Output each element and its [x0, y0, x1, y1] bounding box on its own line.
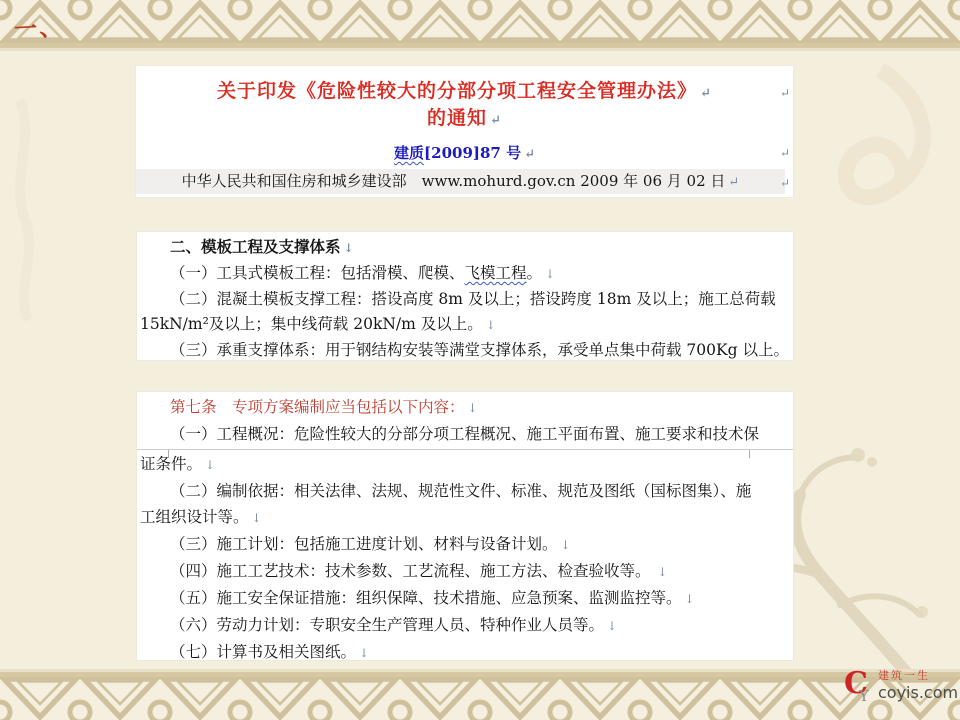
line-break-mark-icon: ↓	[545, 267, 555, 281]
line-break-mark-icon: ↓	[685, 592, 695, 606]
paragraph-mark-icon: ↵	[524, 147, 535, 162]
text-run: 证条件。	[140, 455, 202, 473]
ministry-bar-text: 中华人民共和国住房和城乡建设部 www.mohurd.gov.cn 2009 年…	[182, 172, 726, 190]
text-line: （一）工具式模板工程：包括滑模、爬模、飞模工程。↓	[140, 261, 790, 287]
page-boundary-seam	[137, 449, 793, 450]
section-number-label: 一、	[13, 9, 65, 45]
line-break-mark-icon: ↓	[468, 401, 478, 415]
text-line: （五）施工安全保证措施：组织保障、技术措施、应急预案、监测监控等。↓	[140, 585, 790, 612]
formwork-section: 二、模板工程及支撑体系↓（一）工具式模板工程：包括滑模、爬模、飞模工程。↓（二）…	[137, 232, 793, 360]
text-line: （一）工程概况：危险性较大的分部分项工程概况、施工平面布置、施工要求和技术保	[140, 421, 790, 447]
logo-site-text: coyis.com	[878, 683, 958, 703]
text-boundary-corner-mark	[168, 450, 169, 458]
text-run: （七）计算书及相关图纸。	[170, 643, 356, 661]
text-line: （三）施工计划：包括施工进度计划、材料与设备计划。↓	[140, 531, 790, 558]
text-run: （五）施工安全保证措施：组织保障、技术措施、应急预案、监测监控等。	[170, 589, 682, 607]
doc-number-link: 建质	[394, 144, 424, 162]
line-break-mark-icon: ↓	[486, 318, 496, 332]
notice-title: 关于印发《危险性较大的分部分项工程安全管理办法》↵ 的通知↵	[136, 79, 793, 133]
paragraph-mark-icon: ↵	[780, 86, 790, 100]
doc-number-rest: [2009]87 号	[424, 144, 521, 162]
text-run: 第七条 专项方案编制应当包括以下内容：	[170, 398, 465, 416]
text-run: （四）施工工艺技术：技术参数、工艺流程、施工方法、检查验收等。	[170, 562, 651, 580]
line-break-mark-icon: ↓	[561, 538, 571, 552]
line-break-mark-icon: ↓	[205, 458, 215, 472]
text-line: 15kN/m²及以上；集中线荷载 20kN/m 及以上。↓	[140, 312, 790, 338]
wavy-underlined-text: 飞模工程	[465, 264, 527, 282]
text-line: （四）施工工艺技术：技术参数、工艺流程、施工方法、检查验收等。 ↓	[140, 558, 790, 585]
text-line: 工组织设计等。↓	[140, 504, 790, 531]
text-line: （七）计算书及相关图纸。↓	[140, 639, 790, 666]
text-line: （二）混凝土模板支撑工程：搭设高度 8m 及以上；搭设跨度 18m 及以上；施工…	[140, 287, 790, 312]
slide: 一、 关于印发《危险性较大的分部分项工程安全管理办法》↵ 的通知↵ 建质[200…	[0, 0, 960, 720]
text-line: （三）承重支撑体系：用于钢结构安装等满堂支撑体系，承受单点集中荷载 700Kg …	[140, 338, 790, 363]
text-run: 工组织设计等。	[140, 508, 249, 526]
line-break-mark-icon: ↓	[359, 646, 369, 660]
text-run: （一）工具式模板工程：包括滑模、爬模、	[170, 264, 465, 282]
text-run: （二）编制依据：相关法律、法规、规范性文件、标准、规范及图纸（国标图集）、施	[170, 482, 751, 500]
text-run: 15kN/m²及以上；集中线荷载 20kN/m 及以上。	[140, 315, 483, 333]
logo-tagline: 建筑一生	[878, 669, 958, 683]
doc-number: 建质[2009]87 号↵	[136, 142, 793, 163]
ministry-bar: 中华人民共和国住房和城乡建设部 www.mohurd.gov.cn 2009 年…	[136, 169, 785, 194]
coyis-logo: C Y 建筑一生 coyis.com	[844, 667, 956, 711]
text-line: （六）劳动力计划：专职安全生产管理人员、特种作业人员等。↓	[140, 612, 790, 639]
line-break-mark-icon: ↓	[252, 511, 262, 525]
paragraph-mark-icon: ↵	[700, 86, 712, 101]
paragraph-mark-icon: ↵	[490, 113, 502, 128]
text-line: 第七条 专项方案编制应当包括以下内容：↓	[140, 394, 790, 421]
text-line: （二）编制依据：相关法律、法规、规范性文件、标准、规范及图纸（国标图集）、施	[140, 478, 790, 504]
text-run: （六）劳动力计划：专职安全生产管理人员、特种作业人员等。	[170, 616, 604, 634]
notice-title-line2: 的通知	[427, 107, 487, 129]
article7-lines: 第七条 专项方案编制应当包括以下内容：↓（一）工程概况：危险性较大的分部分项工程…	[140, 394, 790, 666]
paragraph-mark-icon: ↵	[728, 175, 739, 190]
paragraph-mark-icon: ↵	[780, 146, 790, 160]
text-run: （一）工程概况：危险性较大的分部分项工程概况、施工平面布置、施工要求和技术保	[170, 425, 759, 443]
line-break-mark-icon: ↓	[654, 565, 668, 579]
paragraph-mark-icon: ↵	[780, 176, 790, 190]
logo-letter-y: Y	[859, 687, 869, 705]
text-line: 证条件。↓	[140, 451, 790, 478]
text-boundary-corner-mark	[749, 450, 750, 458]
top-border-pattern	[0, 0, 960, 52]
line-break-mark-icon: ↓	[344, 241, 354, 255]
text-run: 。	[527, 264, 543, 282]
text-run: （二）混凝土模板支撑工程：搭设高度 8m 及以上；搭设跨度 18m 及以上；施工…	[170, 290, 776, 308]
bottom-border-pattern	[0, 668, 960, 720]
notice-screenshot: 关于印发《危险性较大的分部分项工程安全管理办法》↵ 的通知↵ 建质[2009]8…	[136, 66, 793, 197]
text-line: 二、模板工程及支撑体系↓	[140, 234, 790, 261]
text-run: （三）承重支撑体系：用于钢结构安装等满堂支撑体系，承受单点集中荷载 700Kg …	[170, 341, 789, 359]
line-break-mark-icon: ↓	[607, 619, 617, 633]
text-run: 二、模板工程及支撑体系	[170, 237, 341, 256]
article7-section: 第七条 专项方案编制应当包括以下内容：↓（一）工程概况：危险性较大的分部分项工程…	[137, 392, 793, 660]
notice-title-line1: 关于印发《危险性较大的分部分项工程安全管理办法》	[217, 80, 697, 102]
text-run: （三）施工计划：包括施工进度计划、材料与设备计划。	[170, 535, 558, 553]
